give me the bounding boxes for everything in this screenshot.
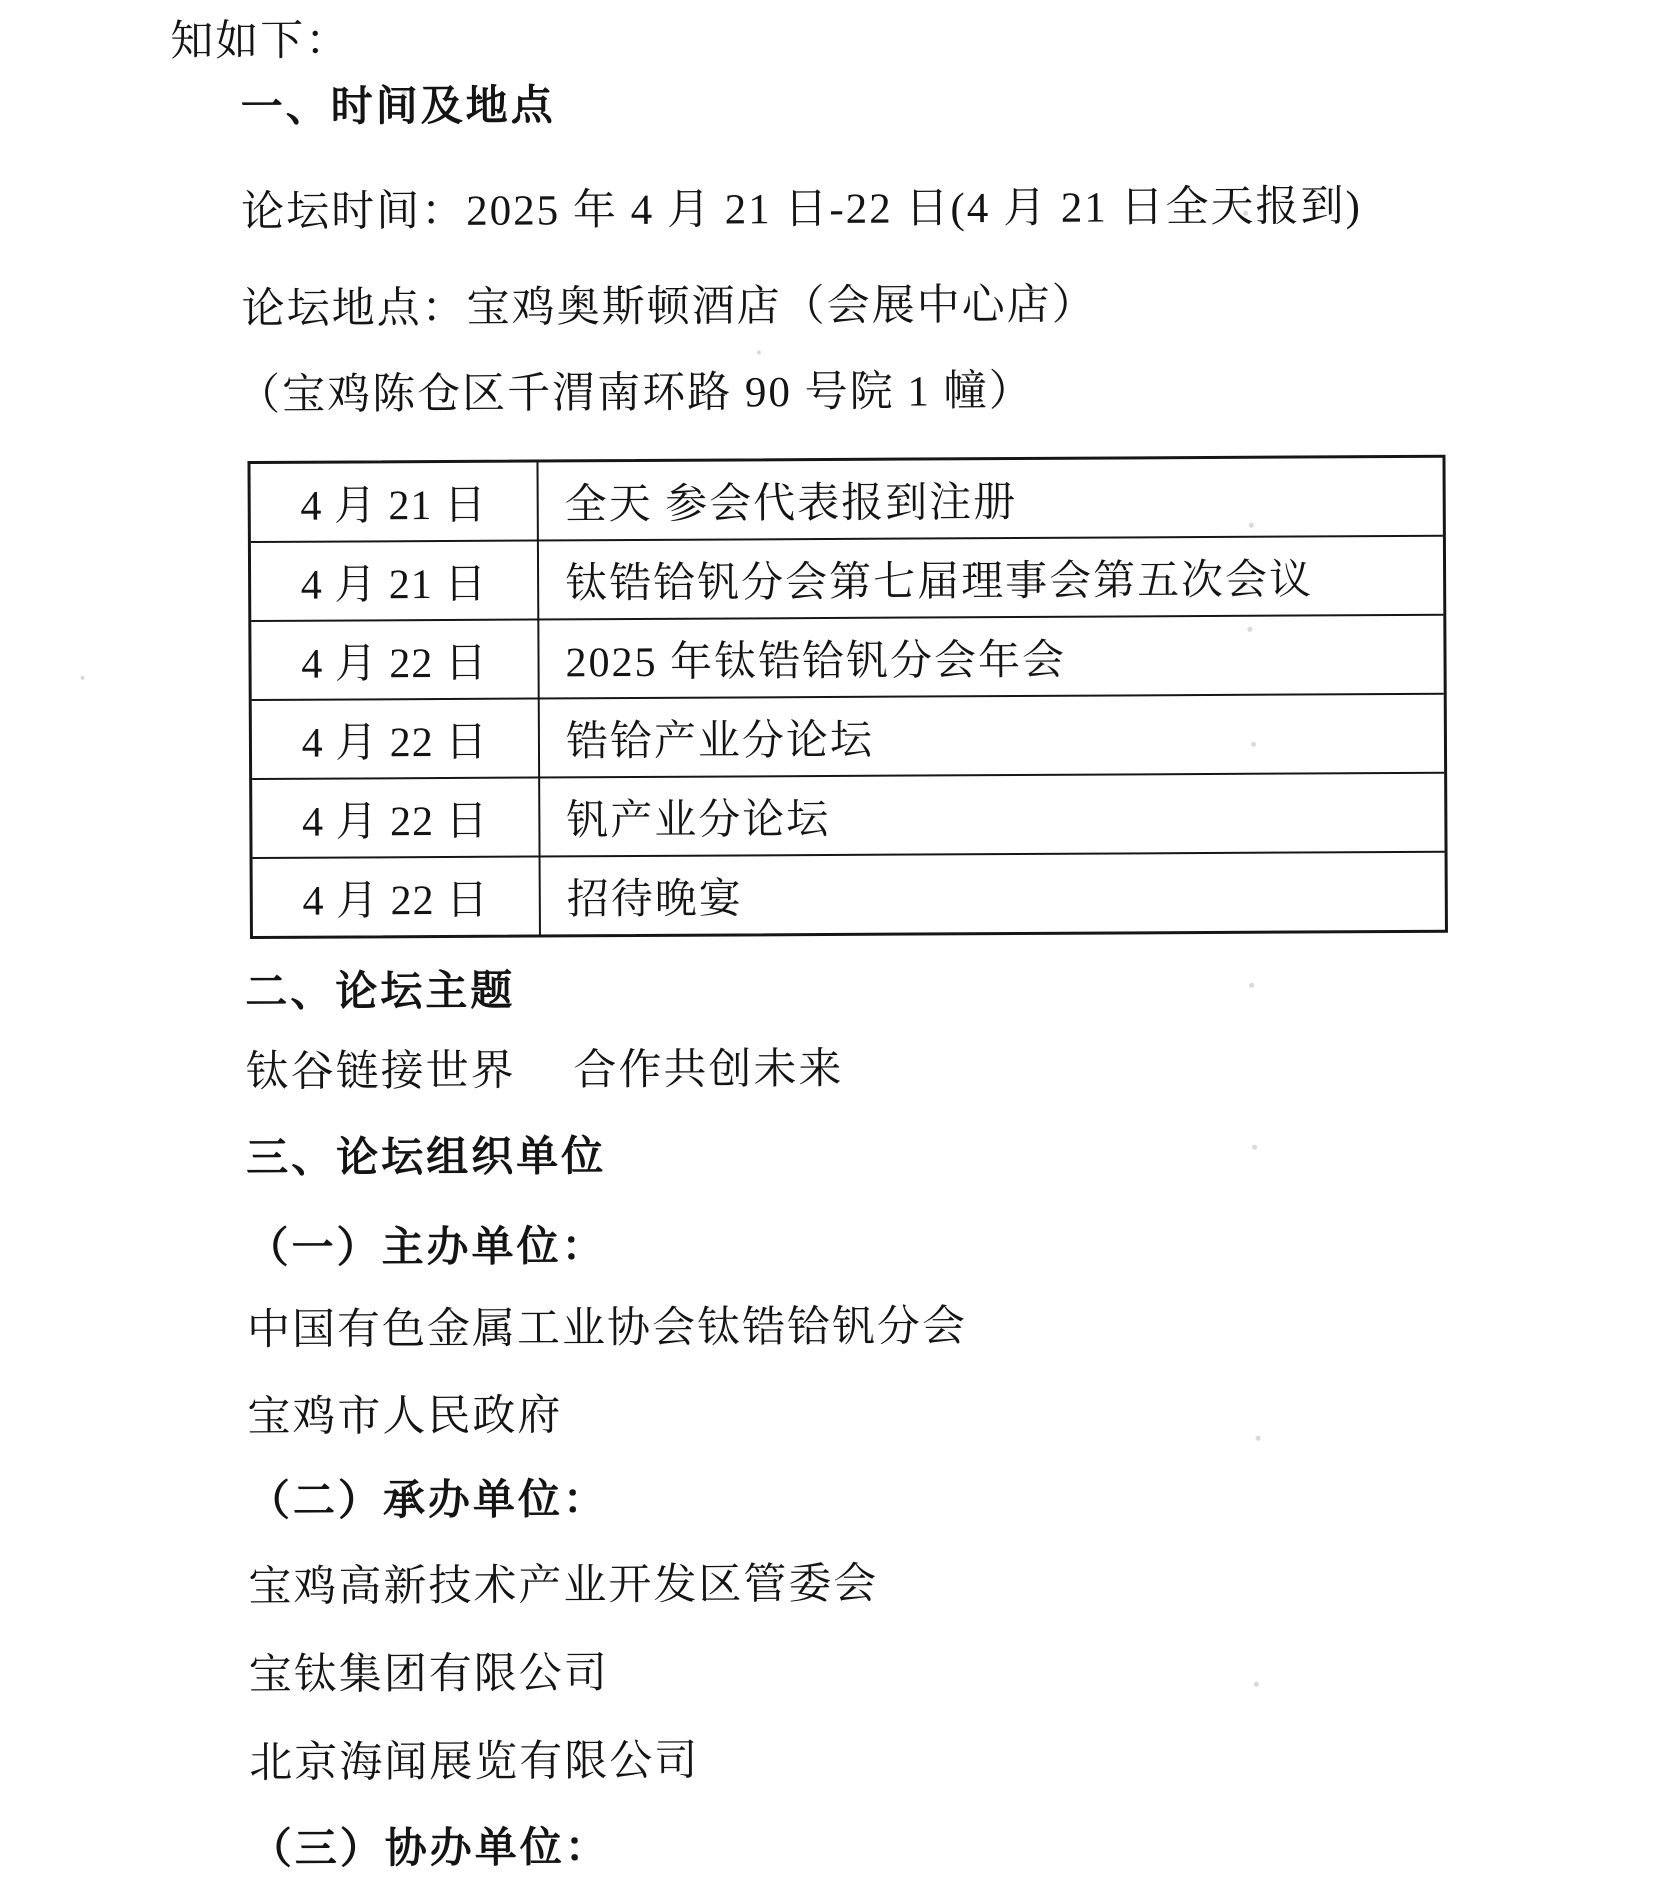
organizer-org-line: 宝鸡高新技术产业开发区管委会 [248, 1560, 878, 1613]
scan-speckle [757, 350, 761, 354]
table-row: 4 月 21 日 钛锆铪钒分会第七届理事会第五次会议 [251, 537, 1443, 622]
table-row: 4 月 21 日 全天 参会代表报到注册 [250, 458, 1442, 543]
section3-heading: 三、论坛组织单位 [246, 1132, 606, 1182]
scanned-document-page: 知如下： 一、时间及地点 论坛时间：2025 年 4 月 21 日-22 日(4… [0, 0, 1656, 1883]
event-cell: 全天 参会代表报到注册 [538, 458, 1442, 540]
scan-speckle [1252, 1145, 1257, 1150]
event-cell: 2025 年钛锆铪钒分会年会 [539, 616, 1443, 698]
scan-speckle [1249, 983, 1254, 988]
scan-speckle [1243, 211, 1248, 216]
organizer-org-line: 北京海闻展览有限公司 [249, 1737, 699, 1789]
event-cell: 钒产业分论坛 [540, 774, 1444, 856]
scan-speckle [1249, 523, 1254, 528]
table-row: 4 月 22 日 招待晚宴 [253, 853, 1445, 936]
table-row: 4 月 22 日 2025 年钛锆铪钒分会年会 [251, 616, 1443, 701]
co-organizer-units-heading: （三）协办单位： [250, 1823, 610, 1873]
table-row: 4 月 22 日 钒产业分论坛 [252, 774, 1444, 859]
date-cell: 4 月 22 日 [252, 779, 540, 858]
event-cell: 钛锆铪钒分会第七届理事会第五次会议 [539, 537, 1443, 619]
scan-speckle [81, 676, 85, 680]
schedule-table: 4 月 21 日 全天 参会代表报到注册 4 月 21 日 钛锆铪钒分会第七届理… [247, 455, 1447, 939]
intro-line: 知如下： [170, 16, 350, 66]
event-cell: 招待晚宴 [541, 853, 1445, 935]
table-row: 4 月 22 日 锆铪产业分论坛 [252, 695, 1444, 780]
forum-time-line: 论坛时间：2025 年 4 月 21 日-22 日(4 月 21 日全天报到) [241, 182, 1362, 237]
host-org-line: 宝鸡市人民政府 [247, 1391, 562, 1442]
scan-speckle [402, 90, 407, 95]
date-cell: 4 月 22 日 [251, 621, 539, 700]
scan-speckle [1256, 1436, 1261, 1441]
host-org-line: 中国有色金属工业协会钛锆铪钒分会 [247, 1302, 967, 1355]
date-cell: 4 月 22 日 [252, 700, 540, 779]
scan-speckle [1251, 742, 1256, 747]
organizer-org-line: 宝钛集团有限公司 [249, 1649, 609, 1700]
section2-heading: 二、论坛主题 [245, 967, 515, 1017]
scan-speckle [1254, 1682, 1259, 1687]
date-cell: 4 月 21 日 [250, 463, 538, 542]
section1-heading: 一、时间及地点 [240, 81, 555, 131]
event-cell: 锆铪产业分论坛 [540, 695, 1444, 777]
host-units-heading: （一）主办单位： [246, 1222, 606, 1272]
forum-venue-line: 论坛地点：宝鸡奥斯顿酒店（会展中心店） [242, 281, 1097, 335]
date-cell: 4 月 22 日 [253, 858, 541, 937]
date-cell: 4 月 21 日 [251, 542, 539, 621]
theme-line: 钛谷链接世界 合作共创未来 [246, 1045, 844, 1098]
organizer-units-heading: （二）承办单位： [248, 1475, 608, 1525]
venue-address-line: （宝鸡陈仓区千渭南环路 90 号院 1 幢） [237, 367, 1034, 421]
scan-speckle [1247, 627, 1252, 632]
